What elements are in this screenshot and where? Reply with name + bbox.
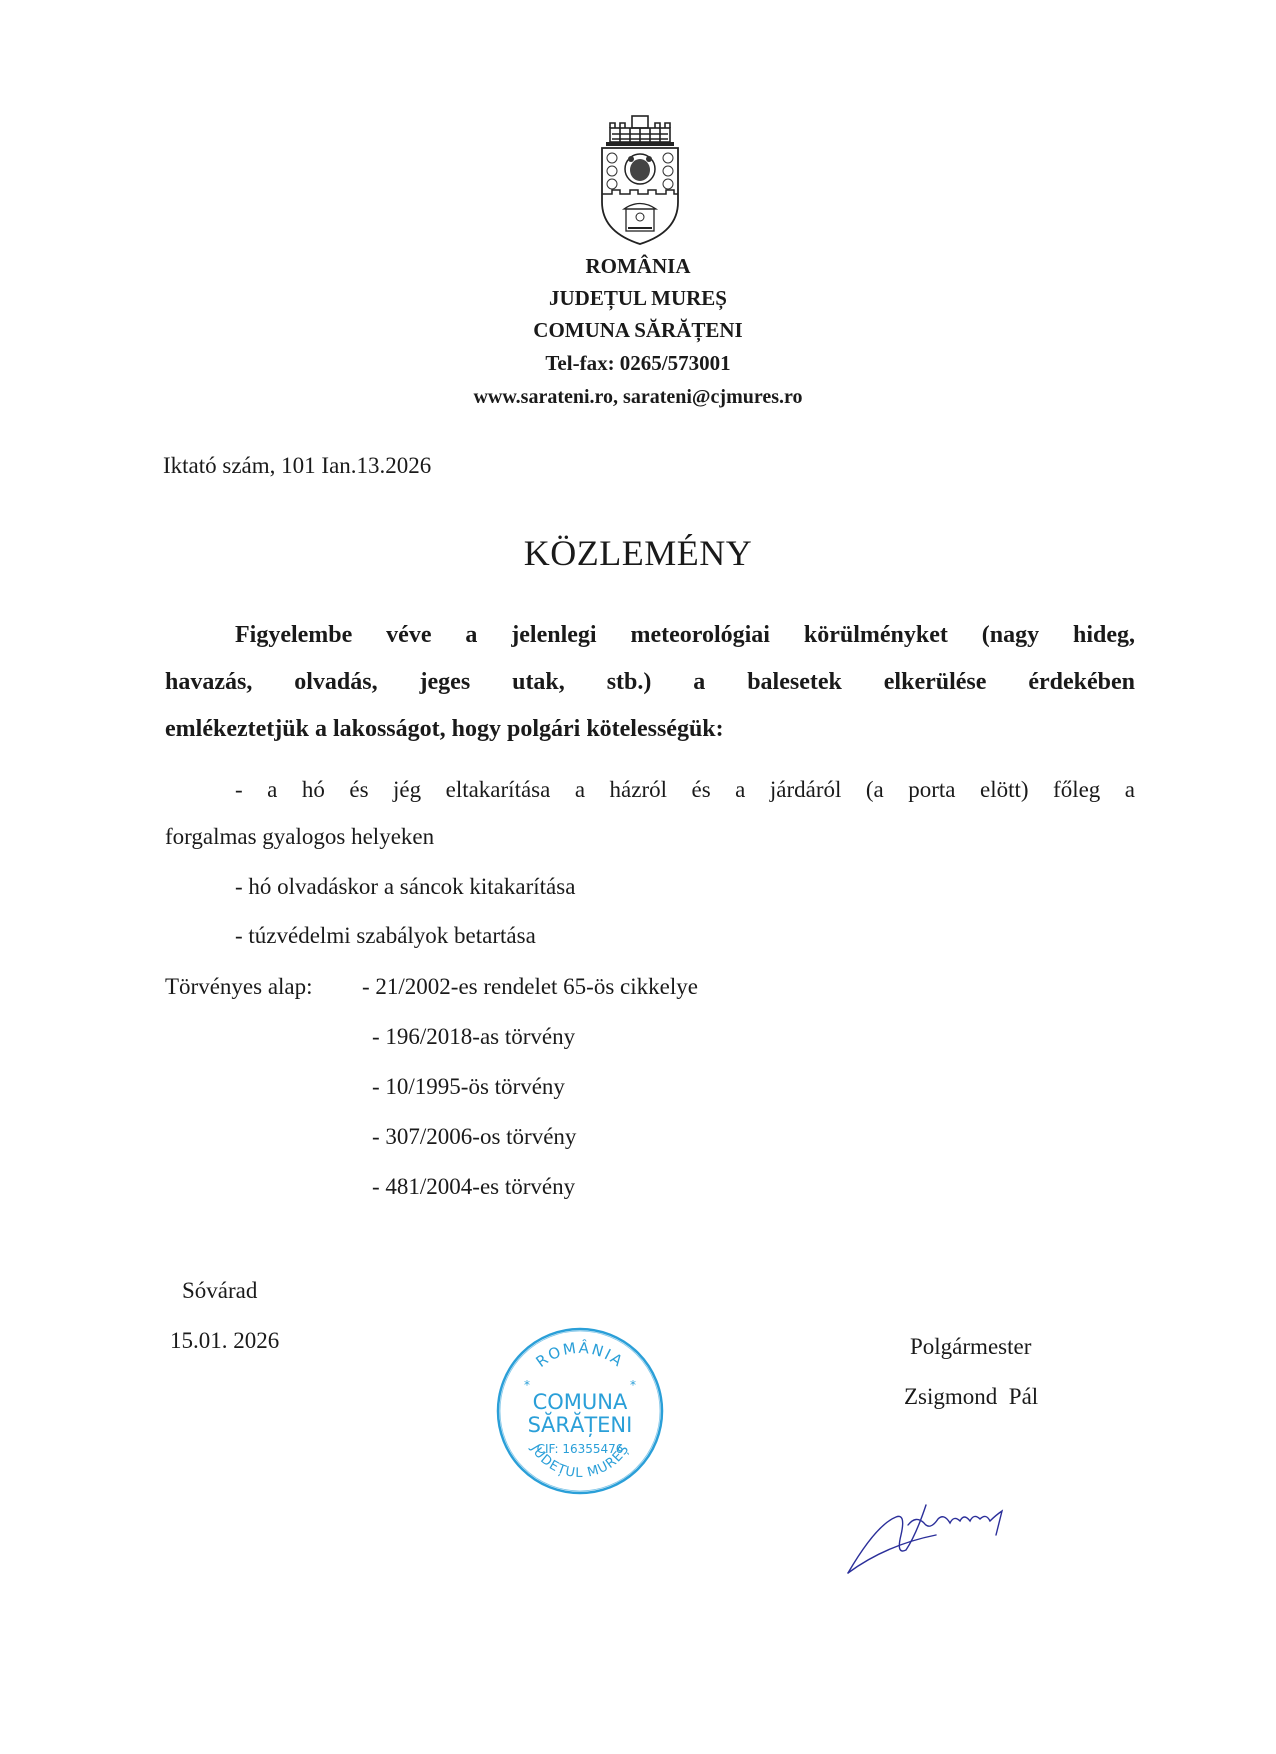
intro-paragraph: Figyelembe véve a jelenlegi meteorológia…	[165, 622, 1135, 752]
legal-basis-item: - 21/2002-es rendelet 65-ös cikkelye	[362, 974, 698, 1000]
tel-fax: Tel-fax: 0265/573001	[0, 351, 1276, 376]
svg-text:*: *	[630, 1378, 636, 1392]
web-email: www.sarateni.ro, sarateni@cjmures.ro	[0, 386, 1276, 409]
legal-basis-item: - 481/2004-es törvény	[372, 1174, 575, 1200]
signatory-role: Polgármester	[910, 1334, 1031, 1360]
signatory-name: Zsigmond Pál	[904, 1384, 1038, 1410]
legal-basis-item: - 307/2006-os törvény	[372, 1124, 576, 1150]
duty-item-2: - hó olvadáskor a sáncok kitakarítása	[235, 874, 575, 900]
country-name: ROMÂNIA	[0, 254, 1276, 279]
stamp-top-arc: ROMÂNIA	[533, 1338, 628, 1371]
duty-item-1-line-1: - a hó és jég eltakarítása a házról és a…	[235, 777, 1135, 803]
signing-date: 15.01. 2026	[170, 1328, 279, 1354]
commune-name: COMUNA SĂRĂȚENI	[0, 318, 1276, 343]
svg-text:ROMÂNIA: ROMÂNIA	[533, 1338, 628, 1371]
coat-of-arms-icon	[598, 114, 682, 246]
stamp-cif: CIF: 16355476	[537, 1442, 624, 1456]
stamp-line-2: SĂRĂȚENI	[528, 1411, 633, 1437]
place-name: Sóvárad	[182, 1278, 257, 1304]
signature-icon	[846, 1495, 1066, 1575]
duty-item-1-line-2: forgalmas gyalogos helyeken	[165, 824, 434, 850]
registration-number: Iktató szám, 101 Ian.13.2026	[163, 453, 431, 479]
intro-line-3: emlékeztetjük a lakosságot, hogy polgári…	[165, 716, 1135, 743]
legal-basis-label: Törvényes alap:	[165, 974, 313, 1000]
duty-item-3: - túzvédelmi szabályok betartása	[235, 923, 536, 949]
legal-basis-item: - 10/1995-ös törvény	[372, 1074, 565, 1100]
official-stamp: ROMÂNIA * * COMUNA SĂRĂȚENI CIF: 1635547…	[494, 1325, 666, 1497]
county-name: JUDEȚUL MUREȘ	[0, 286, 1276, 311]
legal-basis-item: - 196/2018-as törvény	[372, 1024, 575, 1050]
document-title: KÖZLEMÉNY	[0, 532, 1276, 574]
stamp-line-1: COMUNA	[533, 1390, 628, 1414]
intro-line-1: Figyelembe véve a jelenlegi meteorológia…	[235, 622, 1135, 649]
intro-line-2: havazás, olvadás, jeges utak, stb.) a ba…	[165, 669, 1135, 696]
svg-text:*: *	[524, 1378, 530, 1392]
